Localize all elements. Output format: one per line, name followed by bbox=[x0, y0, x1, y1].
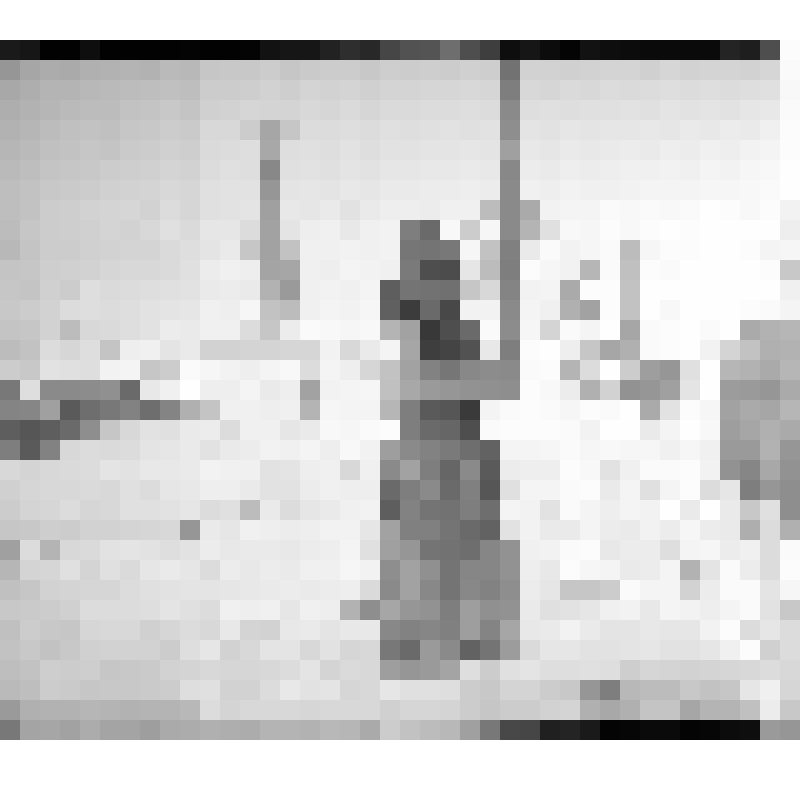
pixelated-photo-canvas bbox=[0, 0, 800, 800]
screenshot-root bbox=[0, 0, 800, 800]
